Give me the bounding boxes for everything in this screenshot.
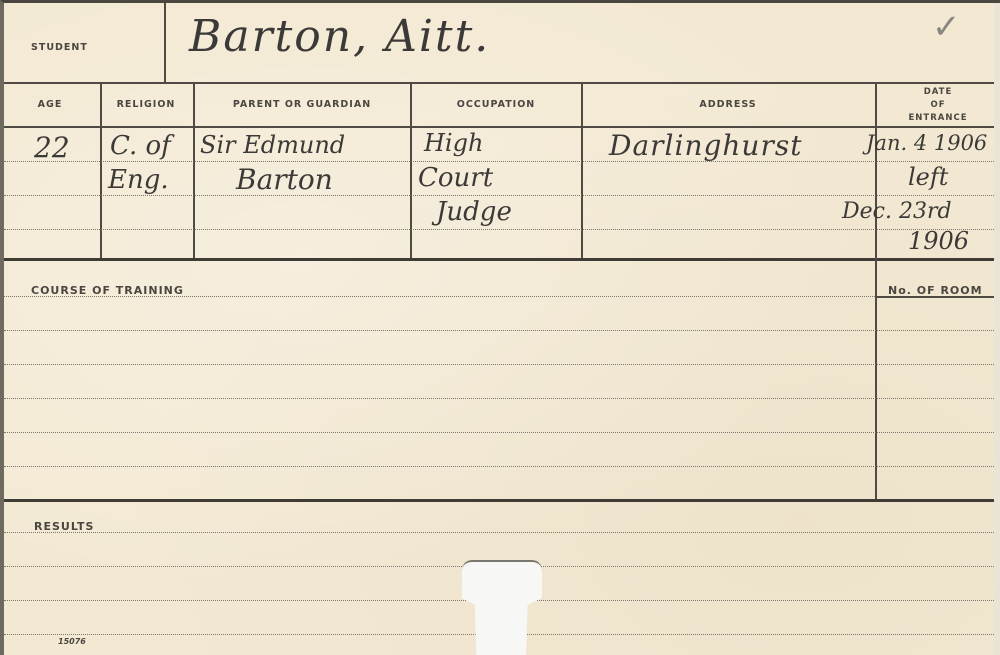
date-value-line2: left	[908, 163, 948, 191]
course-line[interactable]	[4, 466, 1000, 467]
occupation-value-line3: Judge	[436, 197, 512, 227]
occupation-value-line1: High	[424, 129, 483, 157]
occupation-value-line2: Court	[418, 163, 493, 193]
col-divider-age	[100, 82, 102, 258]
room-label-underline	[876, 296, 1000, 298]
date-value-line1: Jan. 4 1906	[866, 131, 987, 155]
date-value-line3: Dec. 23rd	[842, 199, 952, 224]
religion-value-line1: C. of	[110, 131, 171, 161]
check-mark-icon: ✓	[932, 7, 961, 47]
parent-value-line1: Sir Edmund	[200, 131, 345, 159]
date-value-line4: 1906	[908, 227, 969, 255]
course-line[interactable]	[4, 364, 1000, 365]
col-divider-occupation	[581, 82, 583, 258]
occupation-header: OCCUPATION	[412, 99, 580, 110]
form-number: 15076	[58, 637, 86, 646]
religion-header: RELIGION	[100, 99, 192, 110]
age-value: 22	[34, 131, 70, 164]
course-line[interactable]	[4, 432, 1000, 433]
card-edge	[994, 3, 1000, 655]
address-value: Darlinghurst	[609, 129, 802, 162]
col-divider-parent	[410, 82, 412, 258]
student-record-card: STUDENT Barton, Aitt. ✓ AGE RELIGION PAR…	[0, 0, 1000, 655]
rule-course-bottom	[4, 499, 1000, 502]
religion-value-line2: Eng.	[108, 165, 169, 195]
student-name: Barton, Aitt.	[189, 11, 490, 62]
results-line[interactable]	[4, 532, 1000, 533]
rule-header-top	[4, 82, 1000, 84]
student-divider	[164, 3, 166, 82]
student-label: STUDENT	[31, 42, 88, 53]
course-line[interactable]	[4, 330, 1000, 331]
room-column-divider	[875, 258, 877, 500]
address-header: ADDRESS	[582, 99, 874, 110]
col-divider-religion	[193, 82, 195, 258]
course-line[interactable]	[4, 398, 1000, 399]
rule-entry-bottom	[4, 258, 1000, 261]
parent-guardian-header: PARENT OR GUARDIAN	[194, 99, 410, 110]
filing-rod-notch	[462, 560, 542, 655]
rule-header-bottom	[4, 126, 1000, 128]
parent-value-line2: Barton	[236, 163, 333, 196]
age-header: AGE	[4, 99, 96, 110]
col-divider-address	[875, 82, 877, 258]
course-line[interactable]	[4, 296, 875, 297]
date-of-entrance-header: DATE OF ENTRANCE	[876, 86, 1000, 125]
